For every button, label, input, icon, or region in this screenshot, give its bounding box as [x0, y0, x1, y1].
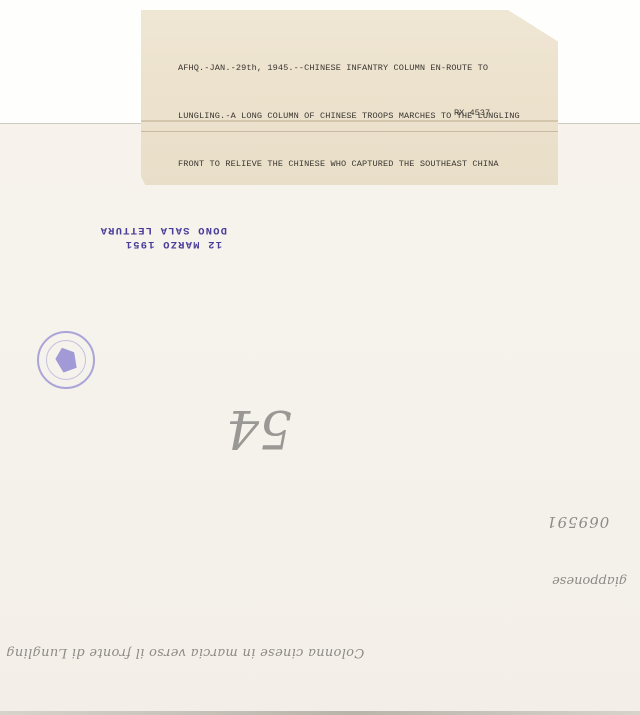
stamp-date: 12 MARZO 1951	[52, 237, 227, 251]
pencil-note: Colonna cinese in marcia verso il fronte…	[6, 645, 364, 660]
caption-clipping: AFHQ.-JAN.-29th, 1945.--CHINESE INFANTRY…	[141, 10, 558, 185]
page-edge	[0, 711, 640, 715]
pencil-number: 54	[226, 398, 292, 458]
round-ink-stamp	[37, 331, 95, 389]
caption-line: AFHQ.-JAN.-29th, 1945.--CHINESE INFANTRY…	[178, 60, 518, 76]
pencil-note-fragment: giapponese	[552, 573, 627, 588]
caption-line: FRONT TO RELIEVE THE CHINESE WHO CAPTURE…	[178, 156, 518, 172]
library-stamp: 12 MARZO 1951 DONO SALA LETTURA	[52, 211, 227, 251]
caption-reference-number: RX 4537	[454, 108, 490, 118]
pencil-inventory-number: 069591	[546, 513, 609, 531]
stamp-donor: DONO SALA LETTURA	[52, 223, 227, 237]
